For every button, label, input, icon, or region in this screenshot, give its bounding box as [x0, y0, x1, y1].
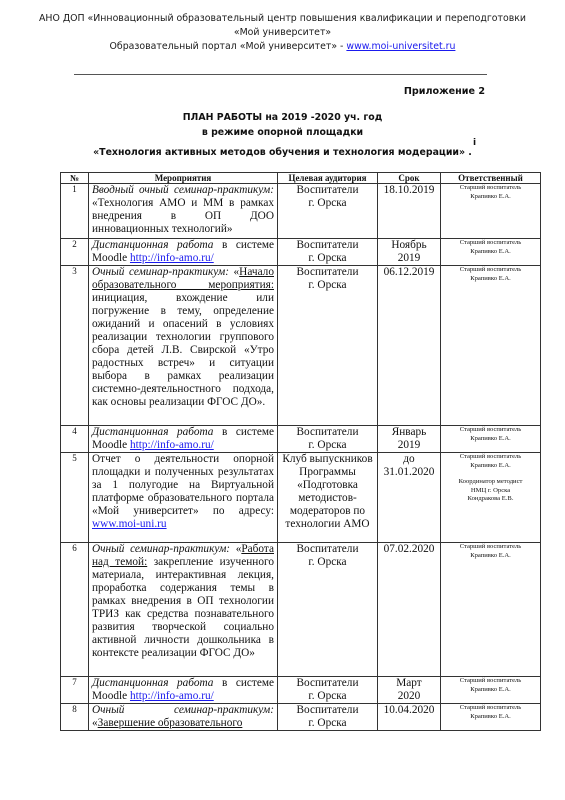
term-cell: 06.12.2019	[378, 266, 441, 426]
responsible-line: Крапивко Е.А.	[444, 248, 537, 257]
event-cell: Отчет о деятельности опорной площадки и …	[89, 453, 278, 543]
audience-line: г. Орска	[281, 556, 374, 569]
event-type: Очный семинар-практикум:	[92, 266, 229, 278]
event-description: закрепление изученного материала, интера…	[92, 556, 274, 659]
responsible-line: Крапивко Е.А.	[444, 275, 537, 284]
table-row: 8Очный семинар-практикум: «Завершение об…	[61, 704, 541, 731]
responsible-line: Крапивко Е.А.	[444, 713, 537, 722]
term-line: до	[381, 453, 437, 466]
audience-line: Воспитатели	[281, 266, 374, 279]
plan-table: № Мероприятия Целевая аудитория Срок Отв…	[60, 172, 541, 731]
responsible-cell: Старший воспитательКрапивко Е.А.	[441, 239, 541, 266]
term-cell: 10.04.2020	[378, 704, 441, 731]
row-number: 4	[61, 426, 89, 453]
event-cell: Дистанционная работа в системе Moodle ht…	[89, 677, 278, 704]
event-link[interactable]: www.moi-uni.ru	[92, 518, 167, 530]
table-row: 7Дистанционная работа в системе Moodle h…	[61, 677, 541, 704]
event-cell: Дистанционная работа в системе Moodle ht…	[89, 239, 278, 266]
col-header-audience: Целевая аудитория	[278, 173, 378, 184]
term-line: Март	[381, 677, 437, 690]
responsible-cell: Старший воспитательКрапивко Е.А.Координа…	[441, 453, 541, 543]
org-header-line-1: АНО ДОП «Инновационный образовательный ц…	[0, 13, 565, 25]
table-header-row: № Мероприятия Целевая аудитория Срок Отв…	[61, 173, 541, 184]
term-cell: Ноябрь2019	[378, 239, 441, 266]
appendix-label: Приложение 2	[404, 86, 485, 97]
row-number: 2	[61, 239, 89, 266]
responsible-cell: Старший воспитательКрапивко Е.А.	[441, 704, 541, 731]
audience-cell: Воспитателиг. Орска	[278, 266, 378, 426]
term-cell: до31.01.2020	[378, 453, 441, 543]
responsible-line: Крапивко Е.А.	[444, 686, 537, 695]
event-type: Вводный очный семинар-практикум:	[92, 184, 274, 196]
term-cell: Март2020	[378, 677, 441, 704]
responsible-line: Старший воспитатель	[444, 184, 537, 193]
portal-link[interactable]: www.moi-universitet.ru	[346, 41, 455, 52]
term-line: 2019	[381, 439, 437, 452]
audience-line: Воспитатели	[281, 184, 374, 197]
responsible-line: Старший воспитатель	[444, 453, 537, 462]
event-link[interactable]: http://info-amo.ru/	[130, 690, 214, 702]
audience-cell: Воспитателиг. Орска	[278, 239, 378, 266]
audience-cell: Воспитателиг. Орска	[278, 704, 378, 731]
event-cell: Очный семинар-практикум: «Работа над тем…	[89, 543, 278, 677]
term-cell: 07.02.2020	[378, 543, 441, 677]
org-header-line-2: «Мой университет»	[0, 27, 565, 39]
plan-subtitle: в режиме опорной площадки	[0, 127, 565, 138]
row-number: 1	[61, 184, 89, 239]
audience-line: г. Орска	[281, 279, 374, 292]
responsible-line: Старший воспитатель	[444, 677, 537, 686]
table-row: 2Дистанционная работа в системе Moodle h…	[61, 239, 541, 266]
term-line: Ноябрь	[381, 239, 437, 252]
plan-topic: «Технология активных методов обучения и …	[0, 147, 565, 158]
audience-line: Клуб выпускников Программы «Подготовка м…	[281, 453, 374, 531]
responsible-line: Старший воспитатель	[444, 543, 537, 552]
responsible-cell: Старший воспитательКрапивко Е.А.	[441, 266, 541, 426]
term-cell: 18.10.2019	[378, 184, 441, 239]
responsible-extra-line: Координатор методист	[444, 478, 537, 487]
audience-cell: Клуб выпускников Программы «Подготовка м…	[278, 453, 378, 543]
event-type: Дистанционная работа	[92, 426, 213, 438]
event-type: Дистанционная работа	[92, 239, 213, 251]
term-line: 10.04.2020	[381, 704, 437, 717]
event-stage: Завершение образовательного	[98, 717, 243, 729]
event-type: Дистанционная работа	[92, 677, 213, 689]
audience-line: Воспитатели	[281, 426, 374, 439]
responsible-line: Крапивко Е.А.	[444, 552, 537, 561]
col-header-number: №	[61, 173, 89, 184]
responsible-extra-line: Кондракова Е.В.	[444, 495, 537, 504]
plan-title: ПЛАН РАБОТЫ на 2019 -2020 уч. год	[0, 112, 565, 123]
table-row: 3Очный семинар-практикум: «Начало образо…	[61, 266, 541, 426]
table-row: 5Отчет о деятельности опорной площадки и…	[61, 453, 541, 543]
portal-label: Образовательный портал «Мой университет»…	[110, 41, 347, 52]
term-line: 31.01.2020	[381, 466, 437, 479]
col-header-events: Мероприятия	[89, 173, 278, 184]
audience-line: г. Орска	[281, 439, 374, 452]
responsible-cell: Старший воспитательКрапивко Е.А.	[441, 677, 541, 704]
audience-cell: Воспитателиг. Орска	[278, 677, 378, 704]
responsible-cell: Старший воспитательКрапивко Е.А.	[441, 426, 541, 453]
table-row: 1Вводный очный семинар-практикум: «Техно…	[61, 184, 541, 239]
col-header-responsible: Ответственный	[441, 173, 541, 184]
responsible-line: Старший воспитатель	[444, 239, 537, 248]
responsible-extra-line: НМЦ г. Орска	[444, 487, 537, 496]
event-link[interactable]: http://info-amo.ru/	[130, 252, 214, 264]
term-line: 06.12.2019	[381, 266, 437, 279]
term-line: 2020	[381, 690, 437, 703]
event-cell: Очный семинар-практикум: «Начало образов…	[89, 266, 278, 426]
row-number: 6	[61, 543, 89, 677]
audience-cell: Воспитателиг. Орска	[278, 426, 378, 453]
responsible-line: Крапивко Е.А.	[444, 435, 537, 444]
event-cell: Очный семинар-практикум: «Завершение обр…	[89, 704, 278, 731]
event-description: «Технология АМО и ММ в рамках внедрения …	[92, 197, 274, 235]
term-line: 07.02.2020	[381, 543, 437, 556]
row-number: 8	[61, 704, 89, 731]
audience-line: Воспитатели	[281, 543, 374, 556]
audience-line: Воспитатели	[281, 677, 374, 690]
event-cell: Вводный очный семинар-практикум: «Технол…	[89, 184, 278, 239]
audience-cell: Воспитателиг. Орска	[278, 543, 378, 677]
responsible-line: Крапивко Е.А.	[444, 193, 537, 202]
row-number: 5	[61, 453, 89, 543]
responsible-line: Старший воспитатель	[444, 426, 537, 435]
header-divider	[74, 74, 487, 75]
table-row: 6Очный семинар-практикум: «Работа над те…	[61, 543, 541, 677]
responsible-cell: Старший воспитательКрапивко Е.А.	[441, 543, 541, 677]
row-number: 7	[61, 677, 89, 704]
term-line: Январь	[381, 426, 437, 439]
audience-line: г. Орска	[281, 717, 374, 730]
audience-line: Воспитатели	[281, 704, 374, 717]
term-line: 2019	[381, 252, 437, 265]
audience-cell: Воспитателиг. Орска	[278, 184, 378, 239]
term-cell: Январь2019	[378, 426, 441, 453]
col-header-term: Срок	[378, 173, 441, 184]
row-number: 3	[61, 266, 89, 426]
responsible-line: Старший воспитатель	[444, 704, 537, 713]
event-description: Отчет о деятельности опорной площадки и …	[92, 453, 274, 517]
event-link[interactable]: http://info-amo.ru/	[130, 439, 214, 451]
spacer	[444, 470, 537, 478]
responsible-cell: Старший воспитательКрапивко Е.А.	[441, 184, 541, 239]
audience-line: г. Орска	[281, 197, 374, 210]
event-type: Очный семинар-практикум:	[92, 704, 274, 716]
audience-line: г. Орска	[281, 690, 374, 703]
event-description: инициация, вхождение или погружение в те…	[92, 292, 274, 408]
event-type: Очный семинар-практикум:	[92, 543, 230, 555]
audience-line: Воспитатели	[281, 239, 374, 252]
event-cell: Дистанционная работа в системе Moodle ht…	[89, 426, 278, 453]
org-header-line-3: Образовательный портал «Мой университет»…	[0, 41, 565, 53]
responsible-line: Крапивко Е.А.	[444, 462, 537, 471]
table-row: 4Дистанционная работа в системе Moodle h…	[61, 426, 541, 453]
audience-line: г. Орска	[281, 252, 374, 265]
responsible-line: Старший воспитатель	[444, 266, 537, 275]
term-line: 18.10.2019	[381, 184, 437, 197]
